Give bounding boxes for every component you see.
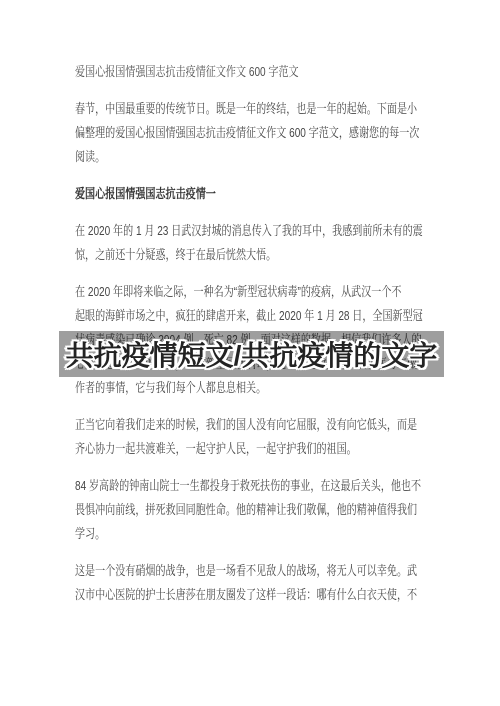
overlay-banner-title: 共抗疫情短文/共抗疫情的文字 <box>66 334 438 374</box>
body-paragraph-1: 在 2020 年的 1 月 23 日武汉封城的消息传入了我的耳中，我感到前所未有… <box>75 219 425 267</box>
article-intro-title: 爱国心报国情强国志抗击疫情征文作文 600 字范文 <box>75 60 425 84</box>
intro-paragraph: 春节，中国最重要的传统节日。既是一年的终结，也是一年的起始。下面是小 偏整理的爱… <box>75 97 425 169</box>
section-heading: 爱国心报国情强国志抗击疫情一 <box>75 182 425 206</box>
body-paragraph-4: 84 岁高龄的钟南山院士一生都投身于救死扶伤的事业，在这最后关头，他也不 畏惧冲… <box>75 474 425 546</box>
overlay-banner: 共抗疫情短文/共抗疫情的文字 <box>59 331 444 377</box>
body-paragraph-3: 正当它向着我们走来的时候，我们的国人没有向它屈服，没有向它低头，而是 齐心协力一… <box>75 413 425 461</box>
body-paragraph-5: 这是一个没有硝烟的战争，也是一场看不见敌人的战场，将无人可以幸免。武 汉市中心医… <box>75 559 425 607</box>
article-page: 爱国心报国情强国志抗击疫情征文作文 600 字范文 春节，中国最重要的传统节日。… <box>0 0 500 706</box>
